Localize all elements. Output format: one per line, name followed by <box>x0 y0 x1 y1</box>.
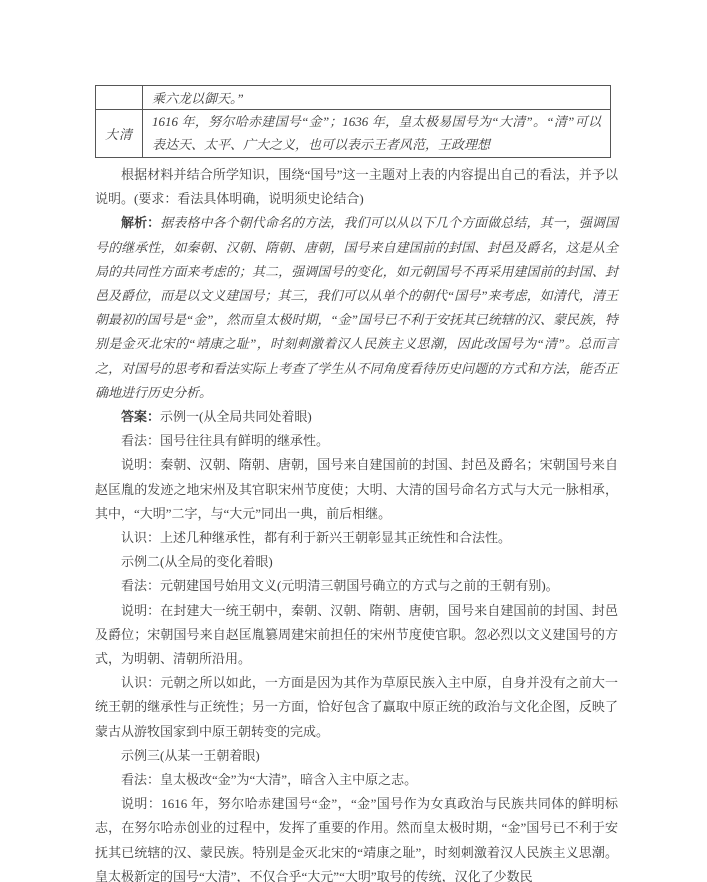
answer-intro-paragraph: 答案：示例一(从全局共同处着眼) <box>95 405 618 429</box>
answer-intro-text: 示例一(从全局共同处着眼) <box>160 409 312 424</box>
table-row: 大清 1616 年，努尔哈赤建国号“金”；1636 年，皇太极易国号为“大清”。… <box>96 110 611 158</box>
answer-view-1-paragraph: 看法：国号往往具有鲜明的继承性。 <box>95 429 618 453</box>
answer-explanation-3-paragraph: 说明：1616 年，努尔哈赤建国号“金”，“金”国号作为女真政治与民族共同体的鲜… <box>95 792 618 882</box>
dynasty-name-table: 乘六龙以御天。” 大清 1616 年，努尔哈赤建国号“金”；1636 年，皇太极… <box>95 85 611 158</box>
answer-view-2-paragraph: 看法：元朝建国号始用文义(元明清三朝国号确立的方式与之前的王朝有别)。 <box>95 574 618 598</box>
analysis-text: 据表格中各个朝代命名的方法，我们可以从以下几个方面做总结，其一，强调国号的继承性… <box>95 215 618 399</box>
analysis-label: 解析： <box>121 215 160 230</box>
dynasty-description-cell: 1616 年，努尔哈赤建国号“金”；1636 年，皇太极易国号为“大清”。“清”… <box>143 110 611 158</box>
document-body: 根据材料并结合所学知识，围绕“国号”这一主题对上表的内容提出自己的看法，并予以说… <box>95 163 618 882</box>
document-content: 乘六龙以御天。” 大清 1616 年，努尔哈赤建国号“金”；1636 年，皇太极… <box>95 85 618 882</box>
analysis-paragraph: 解析：据表格中各个朝代命名的方法，我们可以从以下几个方面做总结，其一，强调国号的… <box>95 211 618 405</box>
answer-example-3-heading: 示例三(从某一王朝着眼) <box>95 744 618 768</box>
document-page: 乘六龙以御天。” 大清 1616 年，努尔哈赤建国号“金”；1636 年，皇太极… <box>0 0 707 882</box>
answer-explanation-2-paragraph: 说明：在封建大一统王朝中，秦朝、汉朝、隋朝、唐朝，国号来自建国前的封国、封邑及爵… <box>95 599 618 672</box>
dynasty-term-cell: 大清 <box>96 110 143 158</box>
table-row: 乘六龙以御天。” <box>96 86 611 110</box>
answer-understanding-2-paragraph: 认识：元朝之所以如此，一方面是因为其作为草原民族入主中原，自身并没有之前大一统王… <box>95 671 618 744</box>
answer-example-2-heading: 示例二(从全局的变化着眼) <box>95 550 618 574</box>
answer-view-3-paragraph: 看法：皇太极改“金”为“大清”，暗含入主中原之志。 <box>95 768 618 792</box>
dynasty-term-cell <box>96 86 143 110</box>
dynasty-description-cell: 乘六龙以御天。” <box>143 86 611 110</box>
answer-understanding-1-paragraph: 认识：上述几种继承性，都有利于新兴王朝彰显其正统性和合法性。 <box>95 526 618 550</box>
answer-label: 答案： <box>121 409 160 424</box>
answer-explanation-1-paragraph: 说明：秦朝、汉朝、隋朝、唐朝，国号来自建国前的封国、封邑及爵名；宋朝国号来自赵匡… <box>95 453 618 526</box>
question-paragraph: 根据材料并结合所学知识，围绕“国号”这一主题对上表的内容提出自己的看法，并予以说… <box>95 163 618 211</box>
